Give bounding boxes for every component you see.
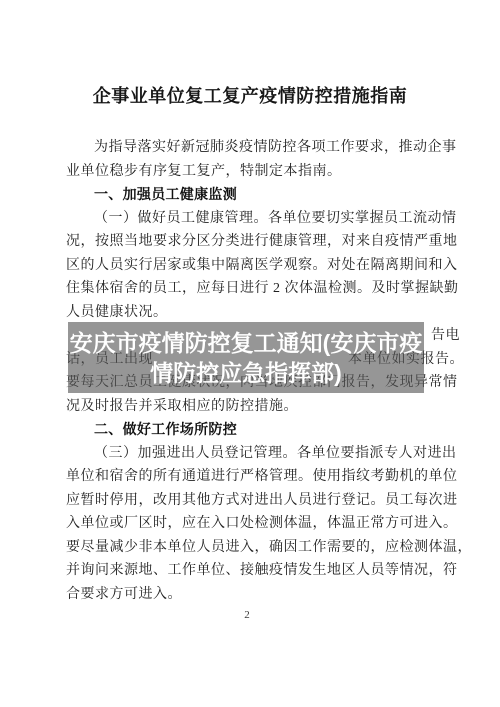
document-line: 入单位或厂区时，应在入口处检测体温，体温正常方可进入。 — [66, 512, 450, 536]
document-line: 况，按照当地要求分区分类进行健康管理，对来自疫情严重地 — [66, 230, 450, 254]
document-line: 住集体宿舍的员工，应每日进行 2 次体温检测。及时掌握缺勤 — [66, 277, 450, 301]
document-line: 区的人员实行居家或集中隔离医学观察。对处在隔离期间和入 — [66, 254, 450, 278]
document-heading-line: 二、做好工作场所防控 — [66, 418, 450, 442]
document-line: 人员健康状况。 — [66, 301, 450, 325]
document-page: 企事业单位复工复产疫情防控措施指南 为指导落实好新冠肺炎疫情防控各项工作要求，推… — [0, 0, 500, 707]
document-line: 合要求方可进入。 — [66, 583, 450, 607]
document-title: 企事业单位复工复产疫情防控措施指南 — [0, 82, 500, 108]
document-line: 要尽量减少非本单位人员进入，确因工作需要的，应检测体温， — [66, 536, 450, 560]
document-line: 应暂时停用，改用其他方式对进出人员进行登记。员工每次进 — [66, 489, 450, 513]
document-line: （三）加强进出人员登记管理。各单位要指派专人对进出 — [66, 442, 450, 466]
caption-overlay-banner: 安庆市疫情防控复工通知(安庆市疫 情防控应急指挥部) — [68, 322, 424, 393]
document-heading-line: 一、加强员工健康监测 — [66, 183, 450, 207]
document-line: 业单位稳步有序复工复产，特制定本指南。 — [66, 160, 450, 184]
document-line: 况及时报告并采取相应的防控措施。 — [66, 395, 450, 419]
overlay-caption-line2: 情防控应急指挥部) — [150, 358, 342, 388]
document-line: （一）做好员工健康管理。各单位要切实掌握员工流动情 — [66, 207, 450, 231]
document-line: 并询问来源地、工作单位、接触疫情发生地区人员等情况，符 — [66, 559, 450, 583]
page-number: 2 — [0, 609, 494, 621]
document-line: 单位和宿舍的所有通道进行严格管理。使用指纹考勤机的单位 — [66, 465, 450, 489]
overlay-caption-line1: 安庆市疫情防控复工通知(安庆市疫 — [70, 328, 423, 358]
document-line: 为指导落实好新冠肺炎疫情防控各项工作要求，推动企事 — [66, 136, 450, 160]
